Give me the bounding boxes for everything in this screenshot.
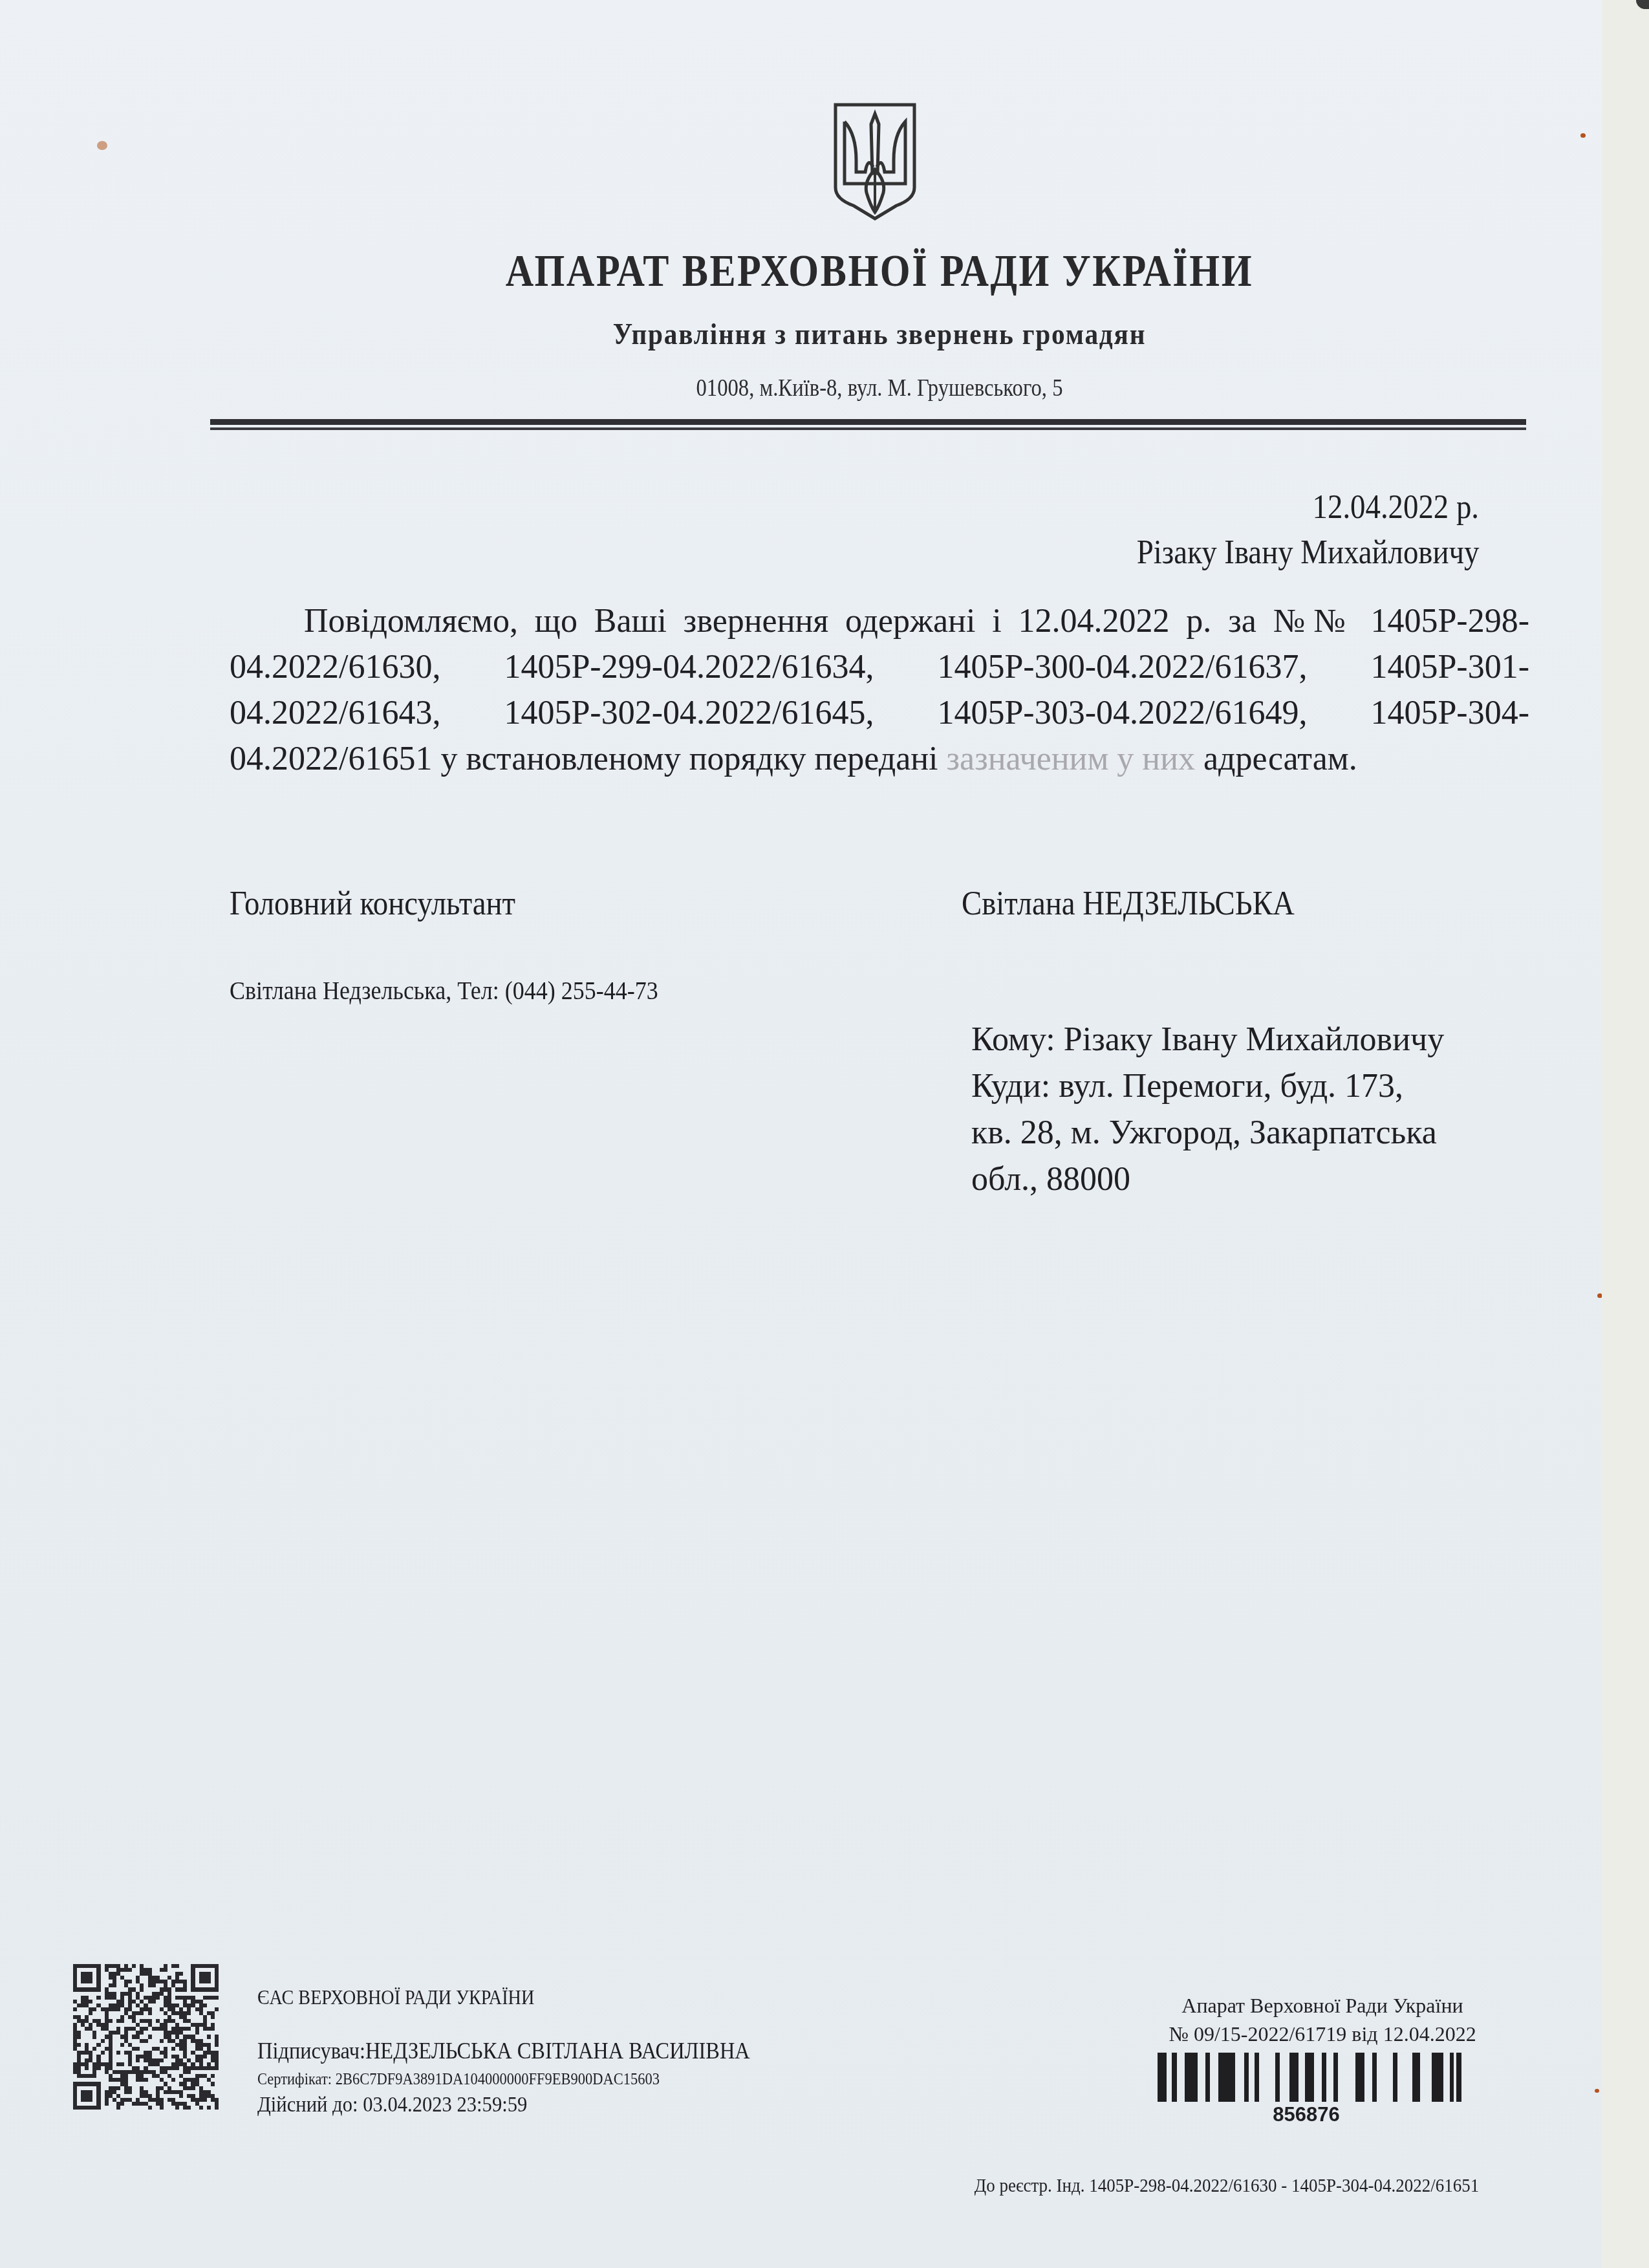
rust-spot	[1595, 2089, 1599, 2093]
body-faded-text: зазначеним у них	[947, 740, 1195, 777]
contact-info: Світлана Недзельська, Тел: (044) 255-44-…	[230, 975, 658, 1006]
recipient-line: обл., 88000	[971, 1156, 1444, 1203]
eas-system-title: ЄАС ВЕРХОВНОЇ РАДИ УКРАЇНИ	[257, 1985, 534, 2009]
eas-signer: Підписувач:НЕДЗЕЛЬСЬКА СВІТЛАНА ВАСИЛІВН…	[257, 2037, 750, 2064]
qr-code-icon	[73, 1964, 219, 2110]
barcode-icon	[1158, 2053, 1461, 2102]
recipient-line: Куди: вул. Перемоги, буд. 173,	[971, 1063, 1444, 1110]
trident-coat-of-arms-icon	[832, 102, 918, 221]
registration-number: № 09/15-2022/61719 від 12.04.2022	[1138, 2022, 1507, 2046]
registry-reference: До реєстр. Інд. 1405Р-298-04.2022/61630 …	[974, 2175, 1479, 2197]
signer-name: Світлана НЕДЗЕЛЬСЬКА	[962, 885, 1295, 923]
scan-edge	[1602, 0, 1649, 2268]
rust-spot	[97, 141, 107, 150]
header-divider	[210, 419, 1526, 425]
recipient-address-block: Кому: Різаку Івану Михайловичу Куди: вул…	[971, 1017, 1444, 1203]
addressee-name: Різаку Івану Михайловичу	[1136, 534, 1479, 572]
letter-page: АПАРАТ ВЕРХОВНОЇ РАДИ УКРАЇНИ Управління…	[0, 0, 1602, 2268]
rust-spot	[1580, 133, 1586, 138]
organization-address: 01008, м.Київ-8, вул. М. Грушевського, 5	[123, 374, 1635, 402]
header-divider-thin	[210, 427, 1526, 430]
registration-organization: Апарат Верховної Ради України	[1138, 1994, 1507, 2018]
body-end-text: адресатам.	[1203, 740, 1357, 777]
signer-position: Головний консультант	[230, 885, 515, 923]
recipient-line: кв. 28, м. Ужгород, Закарпатська	[971, 1110, 1444, 1156]
department-name: Управління з питань звернень громадян	[105, 317, 1649, 352]
letter-body: Повідомляємо, що Ваші звернення одержані…	[230, 598, 1529, 782]
organization-title: АПАРАТ ВЕРХОВНОЇ РАДИ УКРАЇНИ	[123, 246, 1635, 297]
eas-certificate: Сертифікат: 2B6C7DF9A3891DA104000000FF9E…	[257, 2071, 660, 2089]
eas-valid-until: Дійсний до: 03.04.2023 23:59:59	[257, 2093, 527, 2117]
recipient-line: Кому: Різаку Івану Михайловичу	[971, 1017, 1444, 1063]
barcode-number: 856876	[1242, 2103, 1371, 2126]
letter-date: 12.04.2022 р.	[1313, 488, 1479, 526]
